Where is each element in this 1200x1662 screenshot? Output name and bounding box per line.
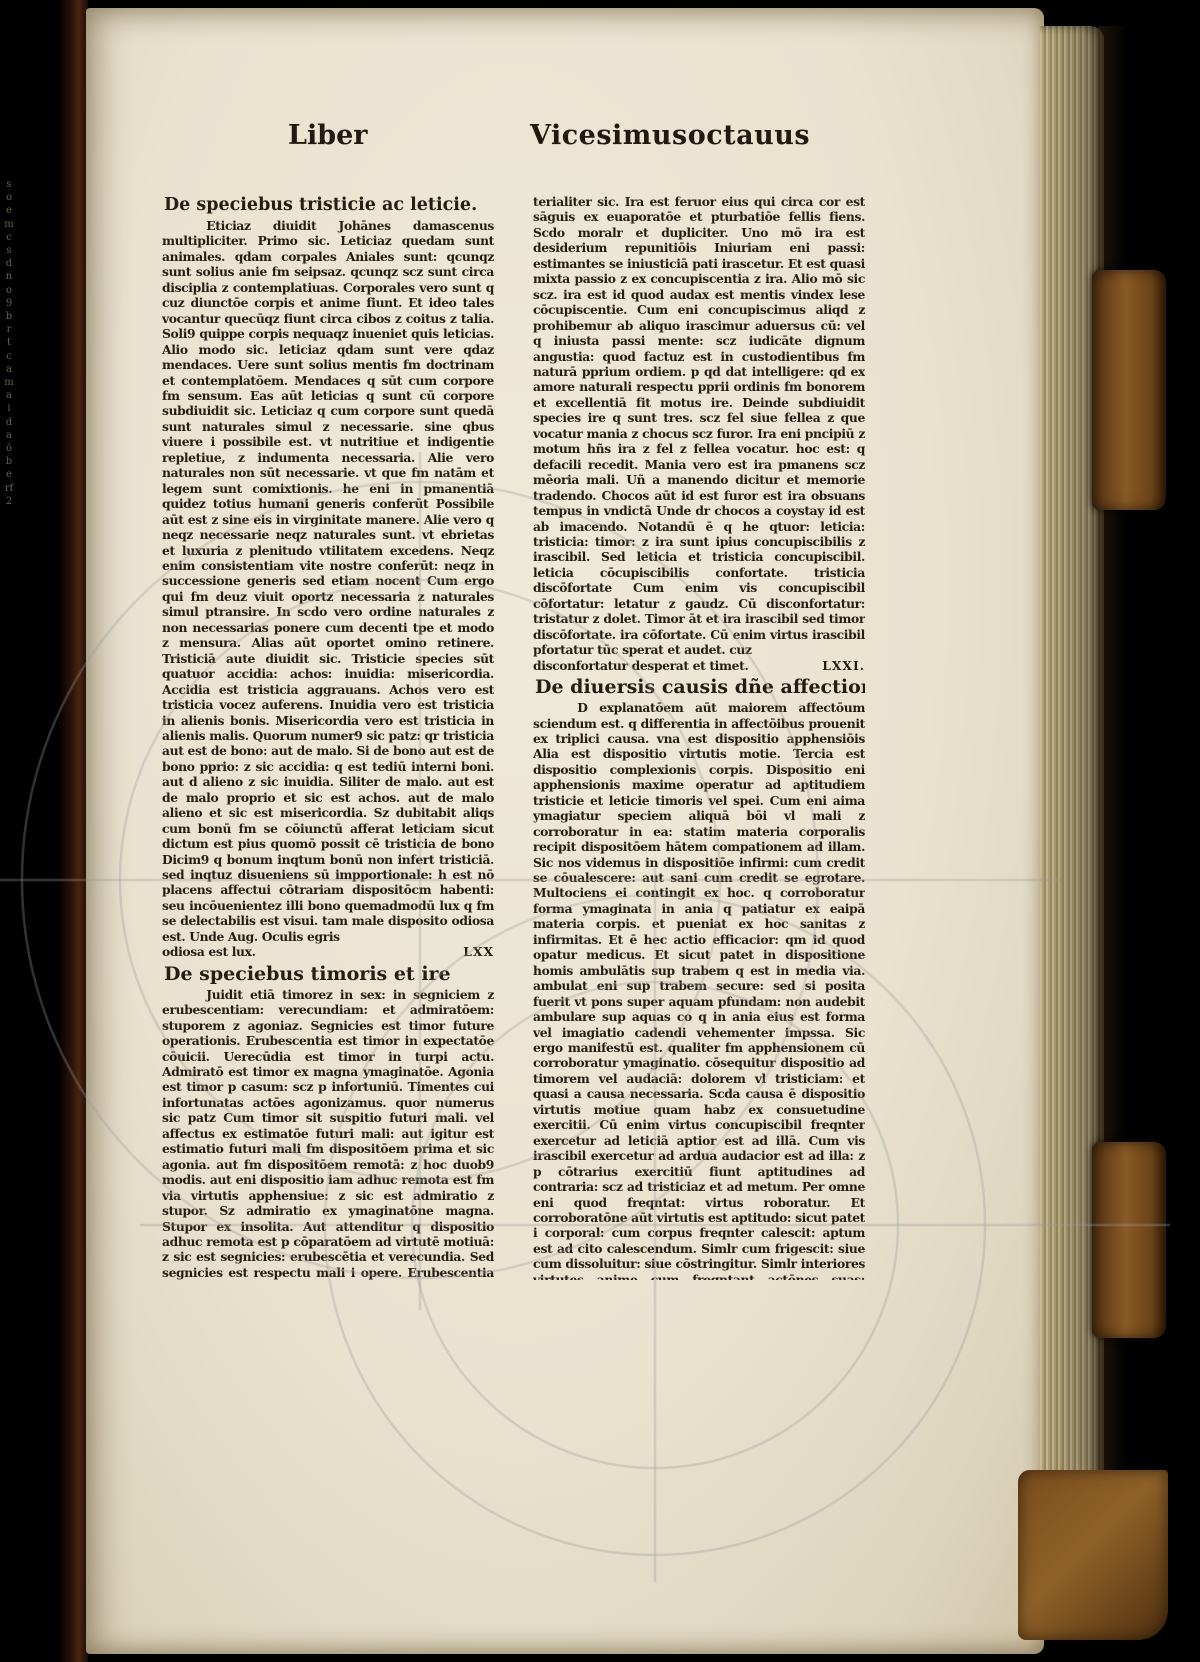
leather-clasp-bottom: [1092, 1142, 1166, 1338]
facing-page-marginalia: s o e m c s d n o 9 b r t c a m a i d a …: [1, 178, 17, 508]
section-heading-causis: De diuersis causis dñe affectionum.: [535, 676, 865, 698]
section-body-timoris: Juidit etiā timorez in sex: in segniciem…: [162, 987, 494, 1280]
text-column-right: terialiter sic. Ira est feruor eius qui …: [533, 194, 865, 1280]
leather-clasp-top: [1092, 270, 1166, 510]
running-title-right: Vicesimusoctauus: [530, 120, 810, 151]
section-heading-timoris: De speciebus timoris et ire: [164, 963, 494, 985]
book-page: Liber Vicesimusoctauus De speciebus tris…: [86, 8, 1044, 1654]
book-photograph: s o e m c s d n o 9 b r t c a m a i d a …: [0, 0, 1200, 1662]
section-heading-tristicie: De speciebus tristicie ac leticie.: [164, 194, 494, 216]
text-column-left: De speciebus tristicie ac leticie. Etici…: [162, 194, 494, 1280]
folio-line-right: disconfortatur desperat et timet. LXXI.: [533, 658, 865, 673]
folio-number-lxxi: LXXI.: [822, 658, 865, 673]
page-block-fore-edge: [1040, 26, 1104, 1622]
fore-edge-shadow: [1098, 26, 1128, 1622]
leather-cover-corner: [1018, 1470, 1168, 1640]
section-last-line: disconfortatur desperat et timet.: [533, 658, 748, 673]
section-body-ire-continuation: terialiter sic. Ira est feruor eius qui …: [533, 194, 865, 658]
book-spine-edge: [58, 0, 88, 1662]
running-title: Liber Vicesimusoctauus: [86, 120, 1044, 160]
section-last-line: odiosa est lux.: [162, 944, 256, 959]
section-body-causis: D explanatōem aūt maiorem affectōum scie…: [533, 700, 865, 1280]
folio-number-lxx: LXX: [463, 944, 494, 959]
running-title-left: Liber: [288, 120, 368, 151]
folio-line-left: odiosa est lux. LXX: [162, 944, 494, 959]
section-body-tristicie: Eticiaz diuidit Johānes damascenus multi…: [162, 218, 494, 944]
